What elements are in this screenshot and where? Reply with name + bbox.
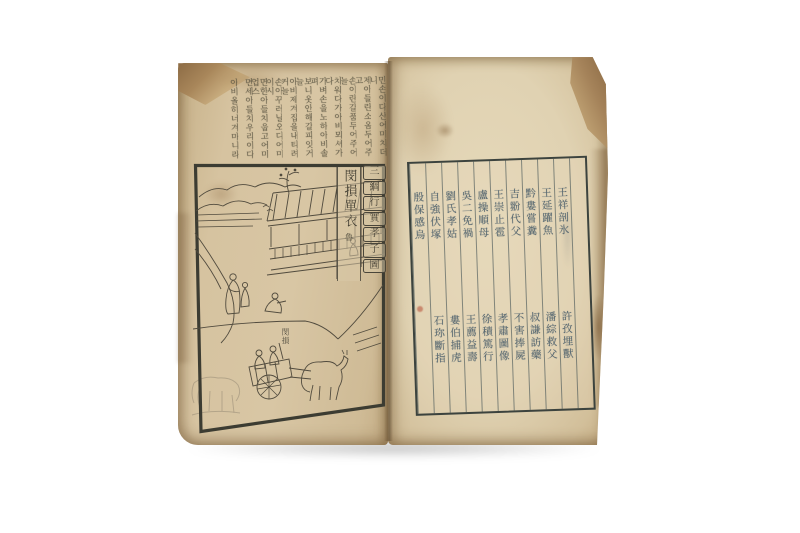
vernacular-column: 치워다가아비뫼셔가다	[326, 76, 342, 160]
page-edge-wear	[178, 213, 194, 363]
toc-entry: 王薦益壽	[463, 314, 480, 364]
antique-book: 민손이다산어미치더니 제아들란소옴두어주고 손이란갈품두어주어늘 치워다가아비뫼…	[176, 55, 610, 447]
series-title-char: 行	[363, 196, 386, 211]
vernacular-column: 면세아들치우리이다	[237, 78, 253, 162]
series-title-char: 孝	[363, 227, 386, 242]
vernacular-column: 가벼손을노하아비솔펴	[311, 77, 327, 161]
photo-backdrop: 민손이다산어미치더니 제아들란소옴두어주고 손이란갈품두어주어늘 치워다가아비뫼…	[0, 0, 800, 533]
vernacular-column: 면한아들치웁고어미업스	[252, 78, 268, 162]
book-spine-gutter	[384, 61, 393, 441]
toc-entry: 吳二免禍	[459, 190, 476, 240]
horse	[301, 350, 348, 401]
vernacular-column: 손이란갈품두어주어늘	[341, 76, 357, 160]
toc-entry: 孝肅圖像	[495, 312, 512, 362]
toc-entry: 王祥剖氷	[555, 186, 572, 236]
vernacular-text-block: 민손이다산어미치더니 제아들란소옴두어주고 손이란갈품두어주어늘 치워다가아비뫼…	[221, 76, 386, 163]
series-title-char: 實	[363, 212, 386, 227]
episode-title: 閔損單衣	[340, 169, 359, 229]
cart	[249, 343, 311, 399]
mountains	[196, 183, 301, 211]
toc-entry: 婁伯捕虎	[447, 314, 464, 364]
vernacular-column: 제아들란소옴두어주고	[356, 76, 372, 160]
toc-entry: 王崇止雹	[491, 189, 508, 239]
cart-figure-label: 閔損	[280, 328, 291, 345]
vernacular-column: 보니옷안해갈피잇거늘	[296, 77, 312, 161]
left-page: 민손이다산어미치더니 제아들란소옴두어주고 손이란갈품두어주어늘 치워다가아비뫼…	[178, 63, 388, 445]
episode-title-note: 魯	[345, 232, 353, 243]
toc-entry: 盧操順母	[475, 189, 492, 239]
toc-entry: 黔婁嘗糞	[523, 187, 540, 237]
toc-entry: 潘綜救父	[543, 311, 560, 361]
hillside-hatching	[353, 327, 381, 351]
right-page: 王祥剖氷 許孜埋獸 王延躍魚 潘綜救父 黔婁嘗糞 叔謙訪藥 吉翂代父 不害捧屍 …	[388, 57, 608, 445]
kneeling-figure	[265, 293, 286, 313]
toc-entry: 徐積篤行	[479, 313, 496, 363]
episode-title-column: 閔損單衣 魯	[337, 167, 361, 281]
toc-entry: 石珎斷指	[431, 315, 448, 365]
toc-entry: 殷保感烏	[411, 191, 428, 241]
toc-entry: 自強伏塚	[427, 191, 444, 241]
torn-corner-top-right	[554, 57, 608, 157]
toc-entry: 許孜埋獸	[559, 310, 576, 360]
series-title-char: 子	[363, 243, 386, 258]
contents-table-frame: 王祥剖氷 許孜埋獸 王延躍魚 潘綜救父 黔婁嘗糞 叔謙訪藥 吉翂代父 不害捧屍 …	[407, 156, 596, 416]
tree	[279, 168, 299, 193]
series-title-column: 三綱行實孝子圖	[363, 165, 386, 274]
toc-entry: 吉翂代父	[507, 188, 524, 238]
series-title-char: 三	[363, 165, 386, 180]
vernacular-column: 아비올히너겨마니라	[223, 78, 239, 162]
toc-entry: 劉氏孝姑	[443, 190, 460, 240]
series-title-char: 圖	[363, 259, 386, 274]
stain	[436, 123, 454, 138]
toc-entry: 叔謙訪藥	[527, 311, 544, 361]
vernacular-column: 아비제겨집을내티려커늘	[282, 77, 298, 161]
series-title-char: 綱	[363, 181, 386, 196]
vernacular-column: 손이꾸러닐오디어미이시	[267, 77, 283, 161]
field-horizon-lines	[196, 213, 262, 227]
toc-entry: 王延躍魚	[539, 187, 556, 237]
standing-figures	[226, 274, 249, 314]
toc-entry: 不害捧屍	[511, 312, 528, 362]
